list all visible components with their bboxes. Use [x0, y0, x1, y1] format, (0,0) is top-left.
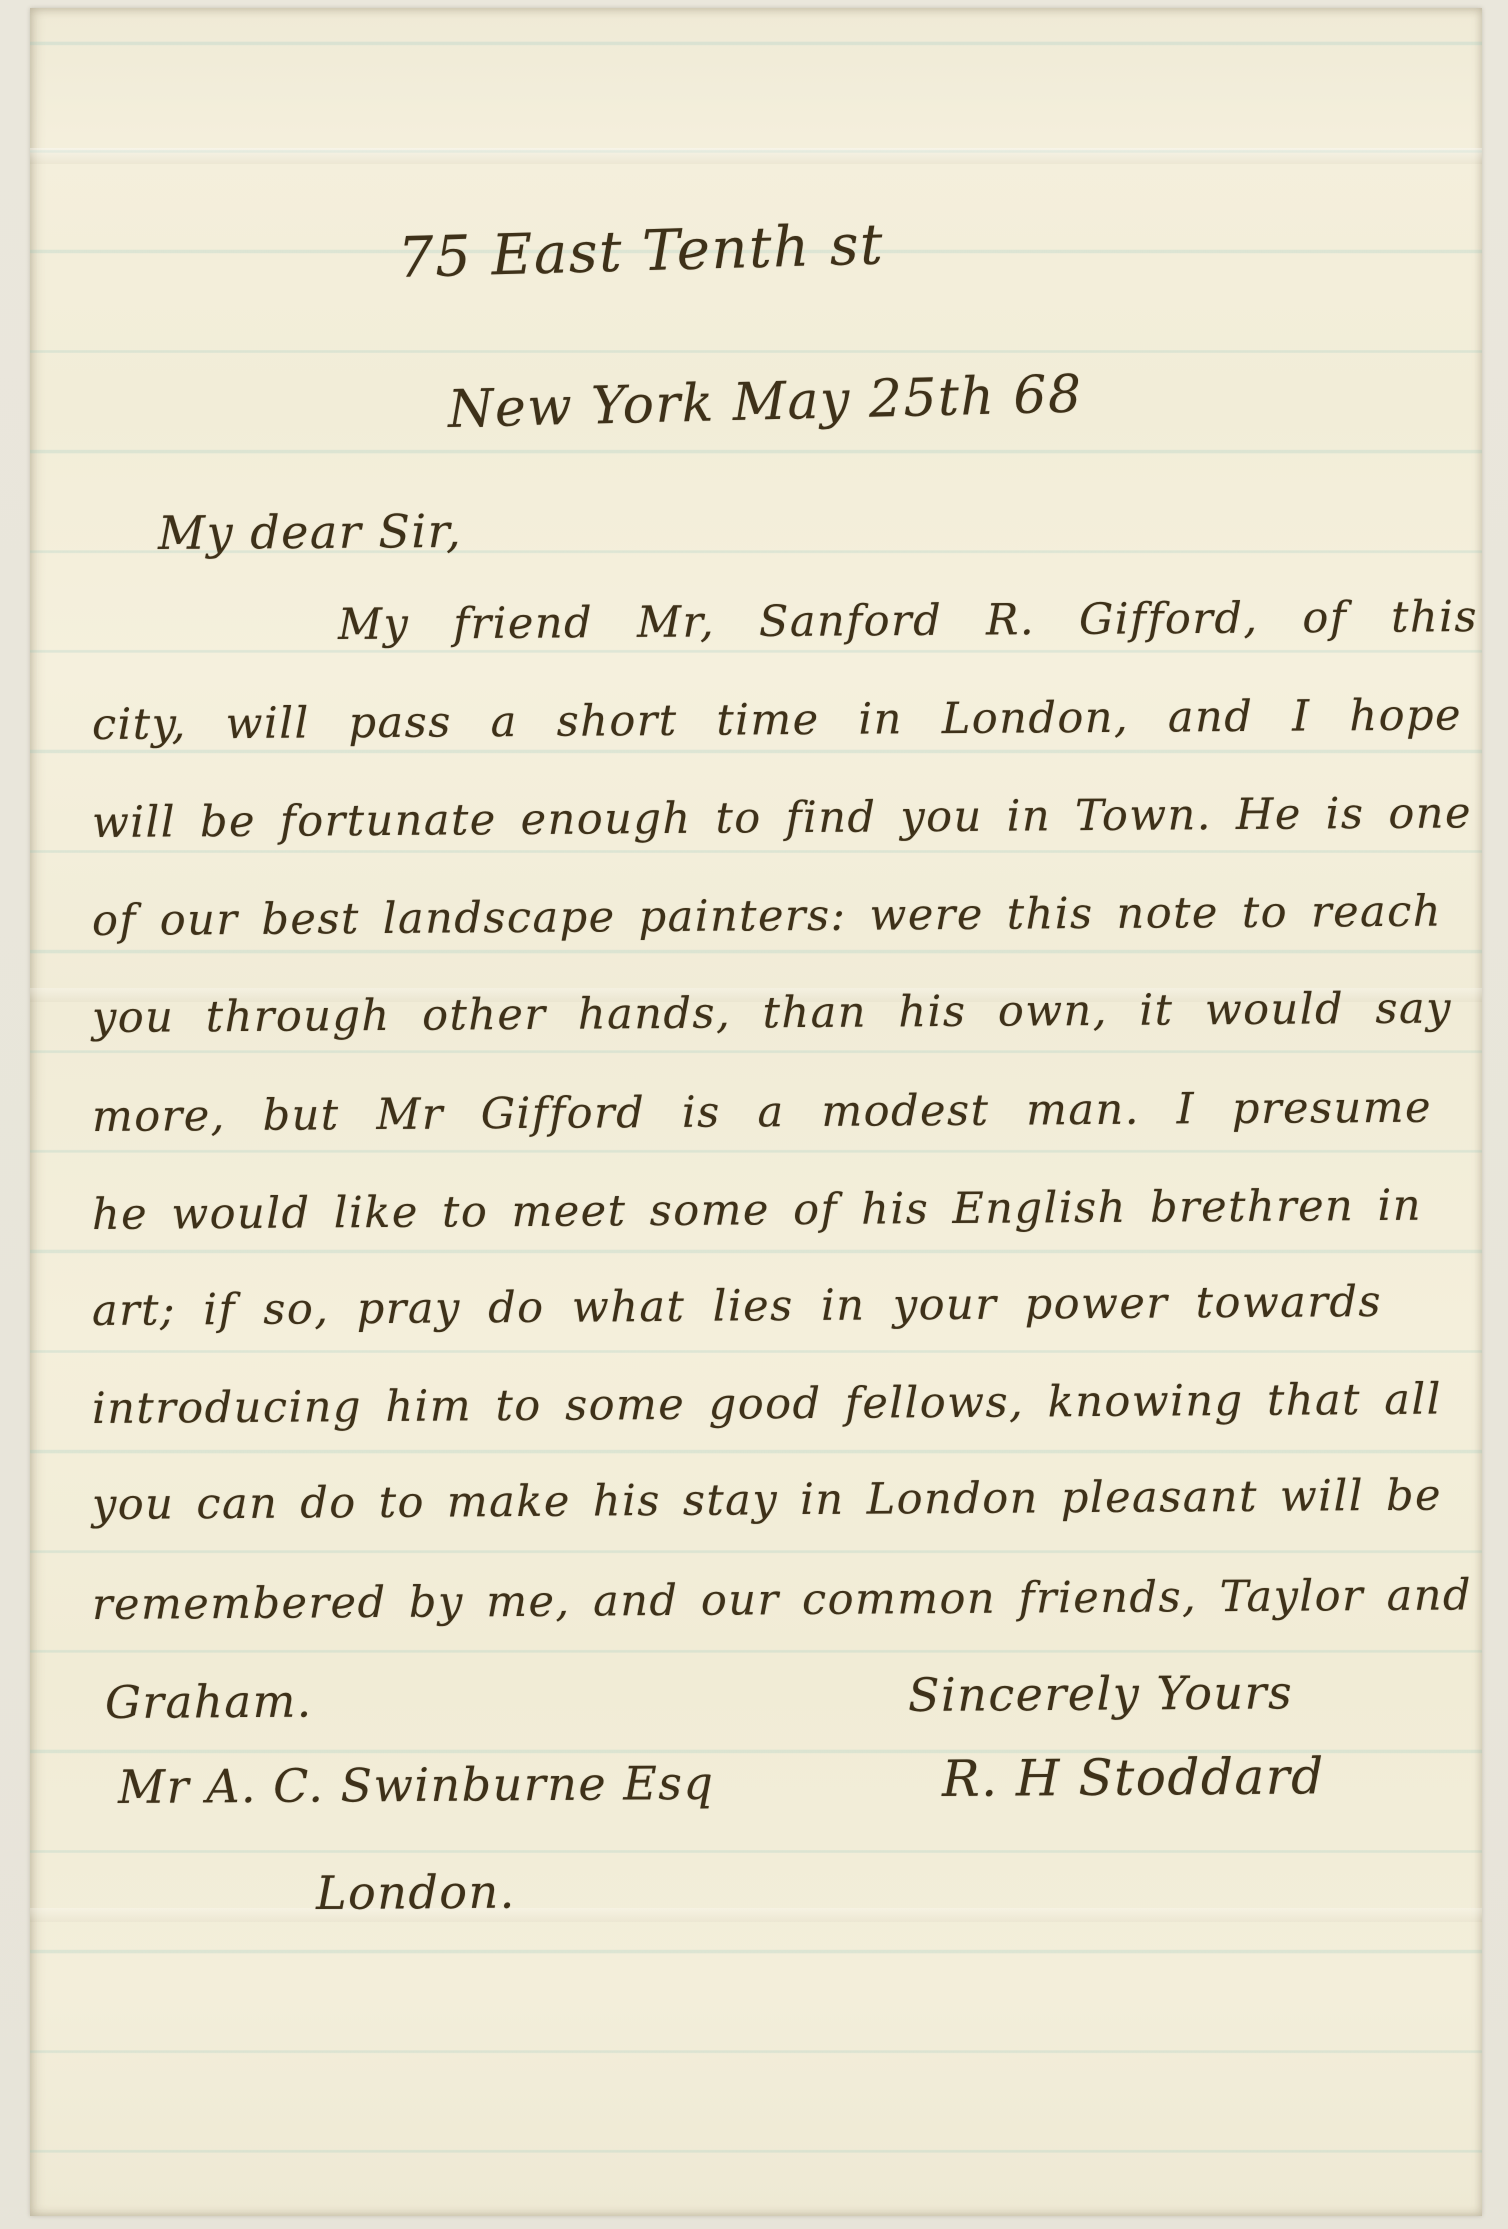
- address-line: 75 East Tenth st: [397, 212, 885, 291]
- body-line: he would like to meet some of his Englis…: [92, 1181, 1422, 1240]
- body-line: city, will pass a short time in London, …: [92, 690, 1462, 750]
- body-line: remembered by me, and our common friends…: [92, 1570, 1472, 1630]
- body-line: of our best landscape painters: were thi…: [92, 887, 1442, 946]
- closing-line: Sincerely Yours: [908, 1665, 1294, 1722]
- paper-crease: [30, 1908, 1482, 1922]
- body-line: you through other hands, than his own, i…: [92, 984, 1452, 1043]
- body-line: Graham.: [105, 1675, 313, 1729]
- signature: R. H Stoddard: [942, 1747, 1325, 1808]
- body-line: more, but Mr Gifford is a modest man. I …: [92, 1083, 1432, 1142]
- body-line: art; if so, pray do what lies in your po…: [92, 1277, 1382, 1336]
- recipient-line: Mr A. C. Swinburne Esq: [118, 1756, 715, 1814]
- salutation: My dear Sir,: [158, 504, 463, 560]
- recipient-city-line: London.: [316, 1865, 516, 1920]
- letter-paper: 75 East Tenth st New York May 25th 68 My…: [30, 8, 1482, 2216]
- body-line: you can do to make his stay in London pl…: [92, 1471, 1442, 1530]
- date-line: New York May 25th 68: [447, 365, 1083, 440]
- scan-background: 75 East Tenth st New York May 25th 68 My…: [0, 0, 1508, 2229]
- paper-crease: [30, 148, 1482, 164]
- body-line: introducing him to some good fellows, kn…: [92, 1375, 1442, 1434]
- body-line: will be fortunate enough to find you in …: [92, 788, 1472, 848]
- body-line: My friend Mr, Sanford R. Gifford, of thi…: [338, 592, 1478, 650]
